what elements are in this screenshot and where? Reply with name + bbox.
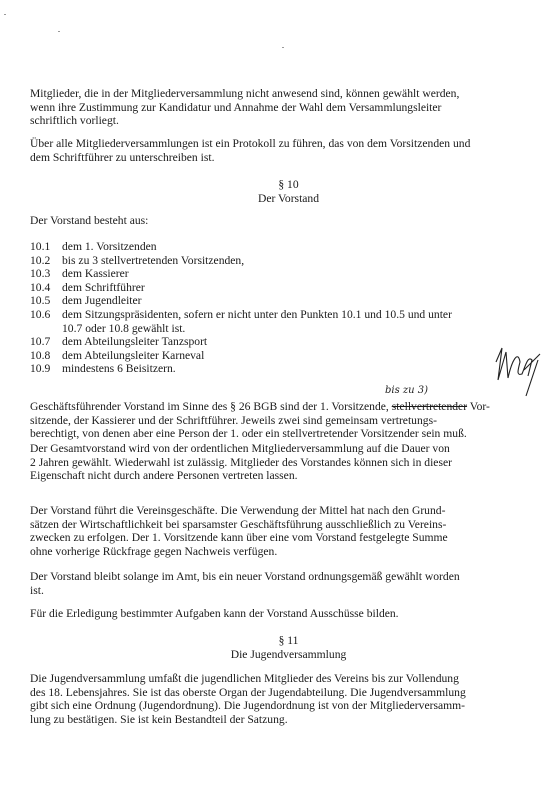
scan-speck bbox=[282, 47, 284, 48]
paragraph-office: Der Vorstand bleibt solange im Amt, bis … bbox=[30, 570, 500, 597]
section-10-intro: Der Vorstand besteht aus: bbox=[30, 214, 500, 228]
list-item-number: 10.3 bbox=[30, 267, 62, 281]
section-10-number: § 10 bbox=[0, 178, 557, 192]
list-item-text: dem Jugendleiter bbox=[62, 294, 510, 308]
list-item-number: 10.2 bbox=[30, 254, 62, 268]
list-item-text: dem Kassierer bbox=[62, 267, 510, 281]
list-item: 10.7dem Abteilungsleiter Tanzsport bbox=[30, 335, 510, 349]
list-item-number: 10.7 bbox=[30, 335, 62, 349]
paragraph-youth: Die Jugendversammlung umfaßt die jugendl… bbox=[30, 672, 500, 726]
list-item-text: bis zu 3 stellvertretenden Vorsitzenden, bbox=[62, 254, 510, 268]
list-item: 10.3dem Kassierer bbox=[30, 267, 510, 281]
board-member-list: 10.1dem 1. Vorsitzenden10.2bis zu 3 stel… bbox=[30, 240, 510, 376]
struck-text: stellvertretender bbox=[392, 400, 467, 413]
list-item: 10.5dem Jugendleiter bbox=[30, 294, 510, 308]
list-item-number: 10.8 bbox=[30, 349, 62, 363]
list-item-text: dem Sitzungspräsidenten, sofern er nicht… bbox=[62, 308, 510, 335]
section-11-title: Die Jugendversammlung bbox=[0, 648, 557, 662]
list-item: 10.4dem Schriftführer bbox=[30, 281, 510, 295]
paragraph-members-absent: Mitglieder, die in der Mitgliederversamm… bbox=[30, 87, 500, 128]
list-item-text: dem Schriftführer bbox=[62, 281, 510, 295]
list-item: 10.9mindestens 6 Beisitzern. bbox=[30, 362, 510, 376]
handwritten-annotation: bis zu 3) bbox=[385, 384, 428, 398]
paragraph-committees: Für die Erledigung bestimmter Aufgaben k… bbox=[30, 607, 500, 621]
paragraph-business: Der Vorstand führt die Vereinsgeschäfte.… bbox=[30, 504, 500, 558]
list-item: 10.2bis zu 3 stellvertretenden Vorsitzen… bbox=[30, 254, 510, 268]
list-item-number: 10.4 bbox=[30, 281, 62, 295]
scan-speck bbox=[58, 31, 60, 32]
list-item-text: dem 1. Vorsitzenden bbox=[62, 240, 510, 254]
signature-icon bbox=[488, 340, 548, 400]
list-item: 10.6dem Sitzungspräsidenten, sofern er n… bbox=[30, 308, 510, 335]
scan-speck bbox=[4, 14, 6, 15]
section-10-title: Der Vorstand bbox=[0, 192, 557, 206]
paragraph-executive-board: Geschäftsführender Vorstand im Sinne des… bbox=[30, 400, 500, 441]
paragraph-term: Der Gesamtvorstand wird von der ordentli… bbox=[30, 442, 500, 483]
list-item: 10.8dem Abteilungsleiter Karneval bbox=[30, 349, 510, 363]
executive-text-a: Geschäftsführender Vorstand im Sinne des… bbox=[30, 400, 392, 413]
section-10-heading: § 10 Der Vorstand bbox=[0, 178, 557, 205]
section-11-number: § 11 bbox=[0, 634, 557, 648]
section-11-heading: § 11 Die Jugendversammlung bbox=[0, 634, 557, 661]
list-item-number: 10.9 bbox=[30, 362, 62, 376]
document-page: Mitglieder, die in der Mitgliederversamm… bbox=[0, 0, 557, 785]
list-item-text: dem Abteilungsleiter Karneval bbox=[62, 349, 510, 363]
paragraph-protocol: Über alle Mitgliederversammlungen ist ei… bbox=[30, 137, 500, 164]
list-item-number: 10.1 bbox=[30, 240, 62, 254]
list-item-number: 10.6 bbox=[30, 308, 62, 335]
list-item: 10.1dem 1. Vorsitzenden bbox=[30, 240, 510, 254]
list-item-text: dem Abteilungsleiter Tanzsport bbox=[62, 335, 510, 349]
list-item-text: mindestens 6 Beisitzern. bbox=[62, 362, 510, 376]
list-item-number: 10.5 bbox=[30, 294, 62, 308]
